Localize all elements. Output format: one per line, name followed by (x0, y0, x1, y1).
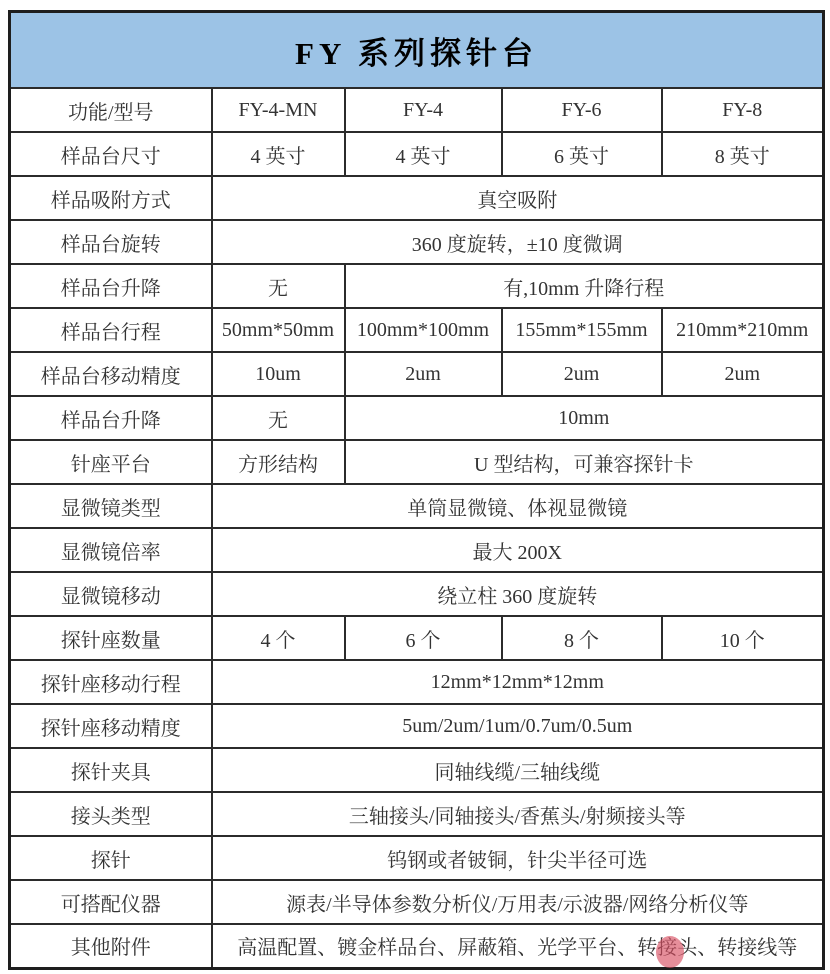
cell-value: FY-8 (662, 88, 824, 132)
cell-value: 155mm*155mm (502, 308, 662, 352)
cell-value: 6 个 (345, 616, 502, 660)
table-row: 探针座移动精度 5um/2um/1um/0.7um/0.5um (10, 704, 824, 748)
cell-value: U 型结构，可兼容探针卡 (345, 440, 824, 484)
table-row: 样品台升降 无 10mm (10, 396, 824, 440)
cell-value: 无 (212, 264, 345, 308)
cell-value: 高温配置、镀金样品台、屏蔽箱、光学平台、转接头、转接线等 (212, 924, 824, 968)
page: FY 系列探针台 功能/型号 FY-4-MN FY-4 FY-6 FY-8 样品… (0, 0, 830, 974)
row-label: 其他附件 (10, 924, 212, 968)
row-label: 显微镜移动 (10, 572, 212, 616)
row-label: 探针座移动行程 (10, 660, 212, 704)
row-label: 样品台尺寸 (10, 132, 212, 176)
table-row: 探针座移动行程 12mm*12mm*12mm (10, 660, 824, 704)
cell-value: 三轴接头/同轴接头/香蕉头/射频接头等 (212, 792, 824, 836)
table-row: 可搭配仪器 源表/半导体参数分析仪/万用表/示波器/网络分析仪等 (10, 880, 824, 924)
row-label: 样品台旋转 (10, 220, 212, 264)
cell-value: 8 个 (502, 616, 662, 660)
table-row: 样品台移动精度 10um 2um 2um 2um (10, 352, 824, 396)
row-label: 显微镜类型 (10, 484, 212, 528)
row-label: 针座平台 (10, 440, 212, 484)
cell-value: 50mm*50mm (212, 308, 345, 352)
table-row: 样品台尺寸 4 英寸 4 英寸 6 英寸 8 英寸 (10, 132, 824, 176)
row-label: 接头类型 (10, 792, 212, 836)
table-row: 显微镜移动 绕立柱 360 度旋转 (10, 572, 824, 616)
row-label: 探针 (10, 836, 212, 880)
table-row: 样品台行程 50mm*50mm 100mm*100mm 155mm*155mm … (10, 308, 824, 352)
cell-value: 4 个 (212, 616, 345, 660)
table-row: 显微镜倍率 最大 200X (10, 528, 824, 572)
cell-value: 4 英寸 (212, 132, 345, 176)
cell-value: 5um/2um/1um/0.7um/0.5um (212, 704, 824, 748)
cell-value: FY-6 (502, 88, 662, 132)
row-label: 样品台行程 (10, 308, 212, 352)
cell-value: 2um (502, 352, 662, 396)
row-label: 样品台移动精度 (10, 352, 212, 396)
row-label: 可搭配仪器 (10, 880, 212, 924)
table-row: 其他附件 高温配置、镀金样品台、屏蔽箱、光学平台、转接头、转接线等 (10, 924, 824, 968)
row-label: 探针座数量 (10, 616, 212, 660)
cell-value: 真空吸附 (212, 176, 824, 220)
table-row: 探针夹具 同轴线缆/三轴线缆 (10, 748, 824, 792)
table-row: 探针 钨钢或者铍铜，针尖半径可选 (10, 836, 824, 880)
table-row: 接头类型 三轴接头/同轴接头/香蕉头/射频接头等 (10, 792, 824, 836)
cell-value: 方形结构 (212, 440, 345, 484)
row-label: 样品台升降 (10, 264, 212, 308)
cell-value: 210mm*210mm (662, 308, 824, 352)
row-label: 探针座移动精度 (10, 704, 212, 748)
cell-value: 10mm (345, 396, 824, 440)
table-row: 显微镜类型 单筒显微镜、体视显微镜 (10, 484, 824, 528)
table-row: 样品吸附方式 真空吸附 (10, 176, 824, 220)
row-label: 样品吸附方式 (10, 176, 212, 220)
cell-value: 单筒显微镜、体视显微镜 (212, 484, 824, 528)
cell-value: 无 (212, 396, 345, 440)
cell-value: 360 度旋转，±10 度微调 (212, 220, 824, 264)
table-title: FY 系列探针台 (10, 12, 824, 89)
cell-value: 10um (212, 352, 345, 396)
table-row: 功能/型号 FY-4-MN FY-4 FY-6 FY-8 (10, 88, 824, 132)
cell-value: 8 英寸 (662, 132, 824, 176)
cell-value: 10 个 (662, 616, 824, 660)
row-label: 样品台升降 (10, 396, 212, 440)
cell-value: 绕立柱 360 度旋转 (212, 572, 824, 616)
cell-value: 2um (662, 352, 824, 396)
cell-value: 钨钢或者铍铜，针尖半径可选 (212, 836, 824, 880)
row-label: 显微镜倍率 (10, 528, 212, 572)
table-row: 针座平台 方形结构 U 型结构，可兼容探针卡 (10, 440, 824, 484)
spec-table: FY 系列探针台 功能/型号 FY-4-MN FY-4 FY-6 FY-8 样品… (8, 10, 825, 970)
row-label: 功能/型号 (10, 88, 212, 132)
table-header-row: FY 系列探针台 (10, 12, 824, 89)
cell-value: 源表/半导体参数分析仪/万用表/示波器/网络分析仪等 (212, 880, 824, 924)
cell-value: 同轴线缆/三轴线缆 (212, 748, 824, 792)
cell-value: 6 英寸 (502, 132, 662, 176)
cell-value: FY-4-MN (212, 88, 345, 132)
cell-value: 最大 200X (212, 528, 824, 572)
cell-value: 4 英寸 (345, 132, 502, 176)
cell-value: 有,10mm 升降行程 (345, 264, 824, 308)
table-row: 样品台旋转 360 度旋转，±10 度微调 (10, 220, 824, 264)
cell-value: FY-4 (345, 88, 502, 132)
table-row: 样品台升降 无 有,10mm 升降行程 (10, 264, 824, 308)
table-row: 探针座数量 4 个 6 个 8 个 10 个 (10, 616, 824, 660)
row-label: 探针夹具 (10, 748, 212, 792)
cell-value: 2um (345, 352, 502, 396)
cell-value: 100mm*100mm (345, 308, 502, 352)
cell-value: 12mm*12mm*12mm (212, 660, 824, 704)
